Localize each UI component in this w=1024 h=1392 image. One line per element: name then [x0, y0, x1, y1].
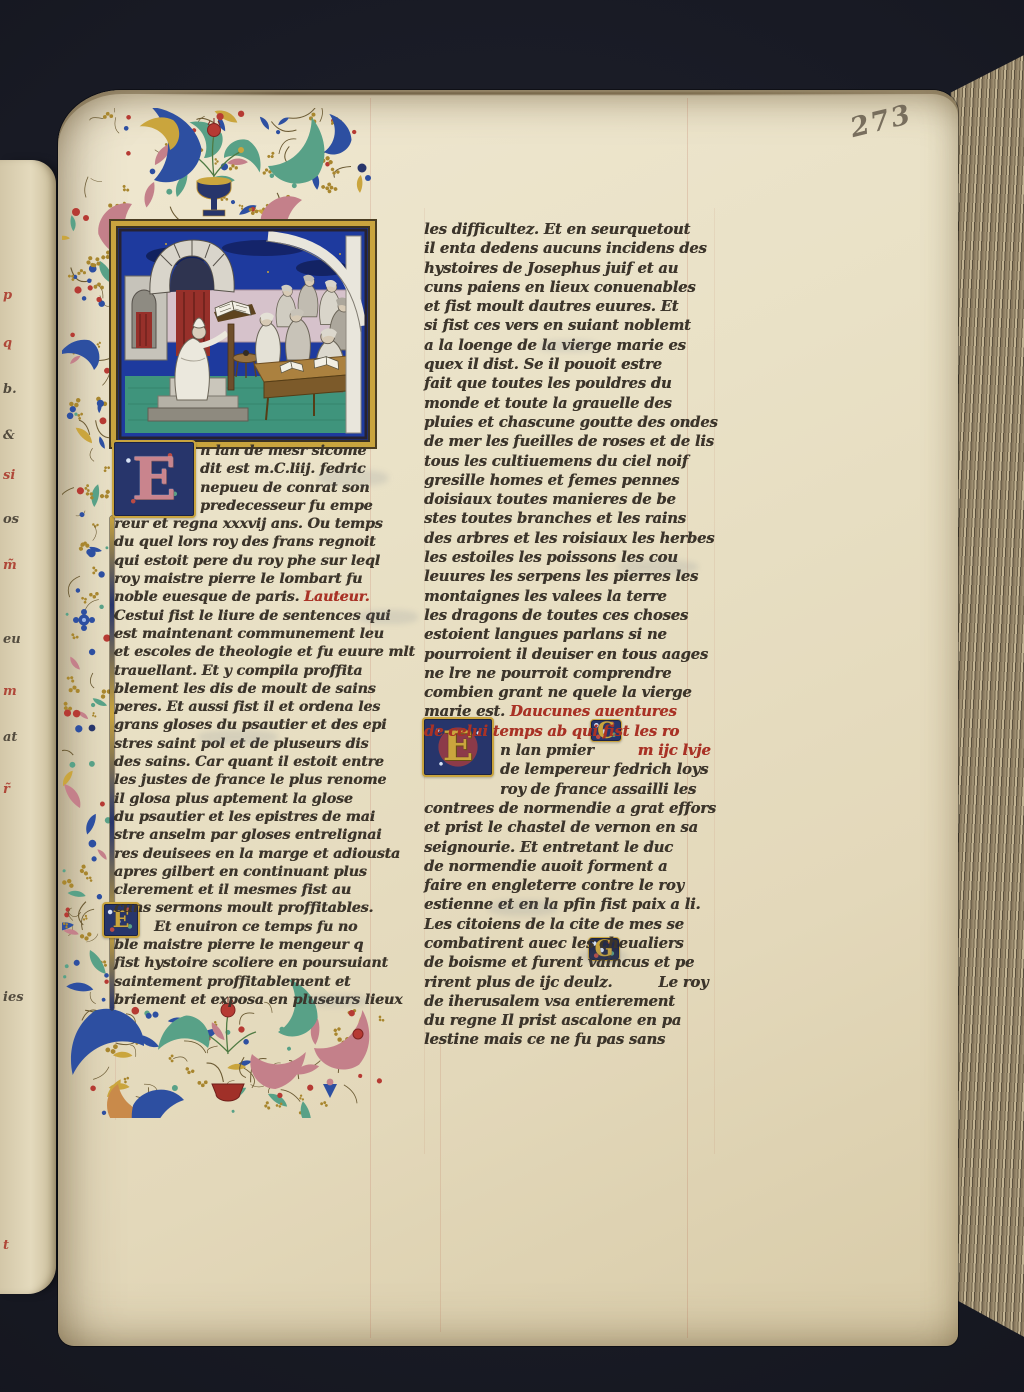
- border-sprinkle: [63, 975, 67, 979]
- body-text: combatirent auec les cheualiers: [424, 935, 683, 952]
- border-sprinkle: [104, 979, 109, 984]
- border-sprinkle: [102, 111, 113, 119]
- border-sprinkle: [319, 108, 323, 122]
- text-line: apres gilbert en continuant plus: [114, 863, 400, 881]
- border-sprinkle: [90, 673, 94, 688]
- facing-page-sliver: pqb.&siosm̃eumatr̃iest: [0, 160, 56, 1294]
- text-line: pourroient il deuiser en tous aages: [424, 645, 720, 664]
- border-sprinkle: [236, 1009, 254, 1025]
- border-sprinkle: [69, 761, 76, 768]
- miniature-teaching-scene: [116, 226, 370, 442]
- text-line: hystoires de Josephus juif et au: [424, 259, 720, 278]
- text-line: tous les cultiuemens du ciel noif: [424, 452, 720, 471]
- border-sprinkle: [184, 1067, 195, 1076]
- text-line: et fist moult dautres euures. Et: [424, 297, 720, 316]
- body-text: lestine mais ce ne fu pas sans: [424, 1031, 665, 1048]
- border-sprinkle: [98, 570, 106, 578]
- border-sprinkle: [95, 283, 105, 298]
- bleed-text-fragment: b.: [3, 382, 17, 397]
- body-text: il glosa plus aptement la glose: [114, 791, 353, 807]
- body-text: trauellant. Et y compila proffita: [114, 663, 362, 679]
- text-line: stre anselm par gloses entrelignai: [114, 826, 400, 844]
- body-text: cuns sermons moult proffitables.: [114, 900, 373, 916]
- border-sprinkle: [225, 1029, 231, 1035]
- border-sprinkle: [197, 1080, 208, 1087]
- body-text: rirent plus de ijc deulz.: [424, 974, 612, 991]
- left-text-column: n lan de mesr sicomedit est m.C.liij. fe…: [114, 442, 400, 1009]
- border-sprinkle: [63, 770, 73, 787]
- body-text: si fist ces vers en suiant noblemt: [424, 317, 691, 334]
- body-text: quex il dist. Se il pouoit estre: [424, 356, 662, 373]
- text-line: lestine mais ce ne fu pas sans: [424, 1030, 720, 1049]
- text-line: res deuisees en la marge et adiousta: [114, 845, 400, 863]
- border-sprinkle: [86, 278, 92, 284]
- text-line: de celui temps ab qui fist les ro: [424, 722, 720, 741]
- border-sprinkle: [307, 1084, 314, 1091]
- border-sprinkle: [62, 869, 65, 872]
- body-text: les dragons de toutes ces choses: [424, 607, 688, 624]
- border-sprinkle: [376, 1077, 383, 1084]
- body-text: roy maistre pierre le lombart fu: [114, 571, 362, 587]
- body-text: clerement et il mesmes fist au: [114, 882, 351, 898]
- border-sprinkle: [73, 959, 81, 967]
- border-sprinkle: [93, 282, 104, 290]
- ruling-line: [440, 1040, 441, 1332]
- body-text: reur et regna xxxvij ans. Ou temps: [114, 516, 383, 532]
- bleed-text-fragment: &: [3, 428, 15, 443]
- text-line: les difficultez. Et en seurquetout: [424, 220, 720, 239]
- bleed-text-fragment: q: [3, 336, 12, 351]
- border-sprinkle: [99, 489, 112, 501]
- text-line: stes toutes branches et les rains: [424, 509, 720, 528]
- body-text: stes toutes branches et les rains: [424, 510, 686, 527]
- border-sprinkle: [95, 849, 109, 860]
- body-text: blement les dis de moult de sains: [114, 681, 376, 697]
- border-sprinkle: [66, 674, 76, 683]
- border-sprinkle: [65, 612, 69, 616]
- border-sprinkle: [62, 232, 70, 244]
- border-sprinkle: [100, 250, 112, 262]
- border-sprinkle: [349, 219, 356, 226]
- rubric-text: de celui temps ab qui fist les ro: [424, 723, 679, 740]
- border-sprinkle: [377, 1015, 385, 1023]
- border-sprinkle: [286, 1046, 291, 1051]
- text-line: de mer les fueilles de roses et de lis: [424, 432, 720, 451]
- border-sprinkle: [86, 875, 94, 882]
- border-sprinkle: [63, 911, 70, 918]
- body-text: doisiaux toutes manieres de be: [424, 491, 676, 508]
- text-line: et prist le chastel de vernon en sa: [424, 818, 720, 837]
- border-sprinkle: [84, 484, 90, 492]
- border-sprinkle: [90, 855, 97, 862]
- text-line: faire en engleterre contre le roy: [424, 876, 720, 895]
- body-text: fait que toutes les pouldres du: [424, 375, 671, 392]
- text-line: de normendie auoit forment a: [424, 857, 720, 876]
- body-text: cuns paiens en lieux conuenables: [424, 279, 695, 296]
- border-sprinkle: [70, 332, 75, 337]
- border-sprinkle: [214, 158, 218, 165]
- border-sprinkle: [270, 122, 297, 133]
- border-sprinkle: [91, 525, 98, 541]
- border-sprinkle: [79, 512, 85, 518]
- border-sprinkle: [93, 1066, 110, 1082]
- body-text: contrees de normendie a grat effors: [424, 800, 716, 817]
- body-text: monde et toute la grauelle des: [424, 395, 672, 412]
- rubric-text: m ijc lvje: [638, 742, 711, 759]
- body-text: de lempereur fedrich loys: [500, 761, 708, 778]
- body-text: combien grant ne quele la vierge: [424, 684, 691, 701]
- text-line: trauellant. Et y compila proffita: [114, 662, 400, 680]
- body-text: ne lre ne pourroit comprendre: [424, 665, 671, 682]
- border-sprinkle: [237, 1025, 245, 1033]
- body-text: peres. Et aussi fist il et ordena les: [114, 699, 380, 715]
- text-line: reur et regna xxxvij ans. Ou temps: [114, 515, 400, 533]
- border-sprinkle: [123, 125, 129, 131]
- border-sprinkle: [78, 864, 88, 877]
- text-line: du quel lors roy des frans regnoit: [114, 533, 400, 551]
- border-sprinkle: [89, 761, 95, 767]
- body-text: il enta dedens aucuns incidens des: [424, 240, 707, 257]
- border-sprinkle: [81, 295, 87, 301]
- body-text: apres gilbert en continuant plus: [114, 864, 367, 880]
- text-line: estienne et en la pfin fist paix a li.: [424, 895, 720, 914]
- body-text: Et enuiron ce temps fu no: [154, 919, 357, 935]
- border-sprinkle: [293, 1101, 320, 1118]
- text-line: fait que toutes les pouldres du: [424, 374, 720, 393]
- border-sprinkle: [65, 215, 79, 231]
- body-text: et escoles de theologie et fu euure mlt: [114, 644, 415, 660]
- body-text: seignourie. Et entretant le duc: [424, 839, 673, 856]
- border-sprinkle: [96, 436, 109, 449]
- body-text: des arbres et les roisiaux les herbes: [424, 530, 714, 547]
- text-line: clerement et il mesmes fist au: [114, 881, 400, 899]
- bleed-text-fragment: eu: [3, 632, 21, 647]
- border-sprinkle: [113, 1047, 133, 1063]
- body-text: marie est.: [424, 703, 510, 720]
- text-line: peres. Et aussi fist il et ordena les: [114, 698, 400, 716]
- body-text: stre anselm par gloses entrelignai: [114, 827, 381, 843]
- body-text: montaignes les valees la terre: [424, 588, 667, 605]
- border-sprinkle: [98, 604, 104, 610]
- border-sprinkle: [100, 801, 106, 807]
- bleed-text-fragment: os: [3, 512, 19, 527]
- text-line: si fist ces vers en suiant noblemt: [424, 316, 720, 335]
- body-text: tous les cultiuemens du ciel noif: [424, 453, 688, 470]
- border-sprinkle: [231, 1109, 235, 1113]
- text-line: des arbres et les roisiaux les herbes: [424, 529, 720, 548]
- border-sprinkle: [89, 1084, 97, 1092]
- border-sprinkle: [89, 592, 100, 600]
- text-line: du psautier et les epistres de mai: [114, 808, 400, 826]
- body-text: les justes de france le plus renome: [114, 772, 386, 788]
- border-sprinkle: [101, 997, 106, 1002]
- body-text: n lan de mesr sicome: [200, 443, 366, 459]
- body-text: de iherusalem vsa entierement: [424, 993, 675, 1010]
- border-sprinkle: [88, 839, 96, 847]
- rubric-text: Lauteur.: [304, 589, 369, 605]
- border-sprinkle: [70, 633, 79, 641]
- body-text: noble euesque de paris.: [114, 589, 304, 605]
- bleed-text-fragment: at: [3, 730, 17, 745]
- border-sprinkle: [342, 1084, 361, 1103]
- bleed-text-fragment: r̃: [3, 782, 10, 797]
- border-sprinkle: [332, 161, 351, 180]
- border-sprinkle: [275, 129, 281, 135]
- border-sprinkle: [65, 411, 74, 420]
- border-sprinkle: [121, 184, 130, 193]
- bleed-text-fragment: p: [3, 288, 12, 303]
- body-text: les difficultez. Et en seurquetout: [424, 221, 690, 238]
- body-text: Les citoiens de la cite de mes se: [424, 916, 684, 933]
- text-line: des sains. Car quant il estoit entre: [114, 753, 400, 771]
- border-sprinkle: [126, 114, 132, 120]
- text-line: predecesseur fu empe: [114, 497, 400, 515]
- text-line: les dragons de toutes ces choses: [424, 606, 720, 625]
- text-line: du regne Il prist ascalone en pa: [424, 1011, 720, 1030]
- border-sprinkle: [67, 267, 91, 286]
- body-text: est maintenant communement leu: [114, 626, 384, 642]
- body-text: de mer les fueilles de roses et de lis: [424, 433, 714, 450]
- border-sprinkle: [88, 448, 96, 462]
- border-sprinkle: [238, 111, 244, 117]
- text-line: Et enuiron ce temps fu no: [114, 918, 400, 936]
- border-sprinkle: [77, 269, 86, 276]
- border-sprinkle: [267, 151, 277, 160]
- body-text: gresille homes et femes pennes: [424, 472, 679, 489]
- text-line: fist hystoire scoliere en poursuiant: [114, 954, 400, 972]
- border-sprinkle: [76, 411, 84, 420]
- body-text: ble maistre pierre le mengeur q: [114, 937, 363, 953]
- body-text: hystoires de Josephus juif et au: [424, 260, 678, 277]
- text-line: cuns paiens en lieux conuenables: [424, 278, 720, 297]
- border-sprinkle: [68, 685, 80, 693]
- body-text: du quel lors roy des frans regnoit: [114, 534, 375, 550]
- text-line: saintement proffitablement et: [114, 973, 400, 991]
- text-line: gresille homes et femes pennes: [424, 471, 720, 490]
- border-sprinkle: [96, 341, 101, 348]
- border-sprinkle: [85, 814, 97, 835]
- body-text: et fist moult dautres euures. Et: [424, 298, 678, 315]
- text-line: de boisme et furent vaincus et pe: [424, 953, 720, 972]
- border-sprinkle: [89, 113, 103, 124]
- text-line: contrees de normendie a grat effors: [424, 799, 720, 818]
- border-sprinkle: [90, 178, 102, 182]
- body-text: estoient langues parlans si ne: [424, 626, 667, 643]
- border-sprinkle: [149, 167, 157, 175]
- border-sprinkle: [88, 648, 97, 657]
- manuscript-page: 273: [58, 90, 958, 1346]
- body-text: estienne et en la pfin fist paix a li.: [424, 896, 700, 913]
- bleed-text-fragment: ies: [3, 990, 24, 1005]
- border-sprinkle: [81, 595, 89, 604]
- text-line: Les citoiens de la cite de mes se: [424, 915, 720, 934]
- body-text: fist hystoire scoliere en poursuiant: [114, 955, 388, 971]
- border-sprinkle: [91, 712, 97, 719]
- border-sprinkle: [320, 1100, 329, 1107]
- body-text: de normendie auoit forment a: [424, 858, 667, 875]
- border-sprinkle: [88, 992, 98, 1005]
- text-line: il glosa plus aptement la glose: [114, 790, 400, 808]
- border-sprinkle: [101, 1110, 107, 1116]
- body-text: qui estoit pere du roy phe sur leql: [114, 553, 380, 569]
- border-sprinkle: [168, 207, 191, 229]
- body-text: Le roy: [658, 974, 708, 991]
- text-line: cuns sermons moult proffitables.: [114, 899, 400, 917]
- border-sprinkle: [331, 1025, 341, 1036]
- border-sprinkle: [72, 709, 80, 717]
- text-line: combien grant ne quele la vierge: [424, 683, 720, 702]
- body-text: du regne Il prist ascalone en pa: [424, 1012, 681, 1029]
- bleed-text-fragment: si: [3, 468, 15, 483]
- body-text: des sains. Car quant il estoit entre: [114, 754, 384, 770]
- border-sprinkle: [358, 1073, 363, 1078]
- border-sprinkle: [73, 427, 95, 443]
- body-text: res deuisees en la marge et adiousta: [114, 846, 400, 862]
- text-line: noble euesque de paris. Lauteur.: [114, 588, 400, 606]
- text-line: combatirent auec les cheualiers: [424, 934, 720, 953]
- border-sprinkle: [230, 199, 235, 204]
- body-text: saintement proffitablement et: [114, 974, 350, 990]
- body-text: Cestui fist le liure de sentences qui: [114, 608, 390, 624]
- border-sprinkle: [278, 115, 289, 128]
- border-sprinkle: [76, 588, 81, 593]
- text-line: qui estoit pere du roy phe sur leql: [114, 552, 400, 570]
- text-line: de iherusalem vsa entierement: [424, 992, 720, 1011]
- rubric-text: Daucunes auentures: [510, 703, 677, 720]
- border-sprinkle: [351, 129, 356, 134]
- text-line: marie est. Daucunes auentures: [424, 702, 720, 721]
- border-sprinkle: [102, 464, 111, 472]
- border-sprinkle: [65, 907, 71, 913]
- text-line: est maintenant communement leu: [114, 625, 400, 643]
- body-text: et prist le chastel de vernon en sa: [424, 819, 698, 836]
- text-line: pluies et chascune goutte des ondes: [424, 413, 720, 432]
- bleed-text-fragment: m̃: [3, 558, 17, 573]
- border-sprinkle: [206, 1060, 228, 1082]
- border-sprinkle: [166, 189, 172, 195]
- border-sprinkle: [112, 117, 122, 133]
- border-sprinkle: [125, 150, 131, 156]
- body-text: faire en engleterre contre le roy: [424, 877, 684, 894]
- folio-number: 273: [847, 99, 915, 144]
- text-line: montaignes les valees la terre: [424, 587, 720, 606]
- border-sprinkle: [75, 486, 85, 496]
- text-line: rirent plus de ijc deulz.Le roy: [424, 973, 720, 992]
- bleed-text-fragment: t: [3, 1238, 9, 1253]
- body-text: roy de france assailli les: [500, 781, 696, 798]
- border-sprinkle: [62, 484, 74, 509]
- text-line: de lempereur fedrich loys: [424, 760, 720, 779]
- border-sprinkle: [83, 177, 91, 198]
- border-sprinkle: [64, 964, 69, 969]
- text-line: monde et toute la grauelle des: [424, 394, 720, 413]
- text-line: n lan de mesr sicome: [114, 442, 400, 460]
- text-line: ne lre ne pourroit comprendre: [424, 664, 720, 683]
- border-sprinkle: [67, 657, 83, 670]
- border-sprinkle: [169, 1055, 174, 1063]
- border-sprinkle: [79, 932, 92, 942]
- border-sprinkle: [172, 1085, 178, 1091]
- border-sprinkle: [62, 877, 76, 889]
- border-sprinkle: [74, 412, 78, 416]
- border-sprinkle: [122, 1075, 129, 1083]
- text-line: estoient langues parlans si ne: [424, 625, 720, 644]
- text-line: n lan pmierm ijc lvje: [424, 741, 720, 760]
- body-text: pluies et chascune goutte des ondes: [424, 414, 718, 431]
- border-sprinkle: [110, 108, 116, 113]
- border-sprinkle: [70, 353, 81, 366]
- border-sprinkle: [92, 566, 97, 574]
- text-line: quex il dist. Se il pouoit estre: [424, 355, 720, 374]
- body-text: predecesseur fu empe: [200, 498, 372, 514]
- border-sprinkle: [105, 546, 108, 549]
- text-line: les justes de france le plus renome: [114, 771, 400, 789]
- body-text: n lan pmier: [500, 742, 594, 759]
- text-line: doisiaux toutes manieres de be: [424, 490, 720, 509]
- border-sprinkle: [65, 574, 80, 598]
- text-line: ble maistre pierre le mengeur q: [114, 936, 400, 954]
- border-sprinkle: [87, 285, 93, 291]
- text-line: il enta dedens aucuns incidens des: [424, 239, 720, 258]
- border-sprinkle: [142, 182, 159, 208]
- border-sprinkle: [99, 417, 106, 424]
- border-sprinkle: [67, 888, 85, 901]
- border-sprinkle: [151, 1010, 159, 1018]
- border-sprinkle: [74, 724, 83, 733]
- border-sprinkle: [62, 916, 74, 939]
- body-text: de boisme et furent vaincus et pe: [424, 954, 694, 971]
- text-line: seignourie. Et entretant le duc: [424, 838, 720, 857]
- border-sprinkle: [243, 1039, 249, 1045]
- photo-background: pqb.&siosm̃eumatr̃iest 273: [0, 0, 1024, 1392]
- border-sprinkle: [90, 702, 95, 707]
- text-line: et escoles de theologie et fu euure mlt: [114, 643, 400, 661]
- border-sprinkle: [66, 977, 93, 997]
- text-line: roy maistre pierre le lombart fu: [114, 570, 400, 588]
- bleed-text-fragment: m: [3, 684, 17, 699]
- text-line: roy de france assailli les: [424, 780, 720, 799]
- border-sprinkle: [263, 1101, 270, 1111]
- border-sprinkle: [96, 893, 104, 901]
- border-sprinkle: [62, 748, 74, 760]
- border-sprinkle: [173, 1054, 188, 1065]
- border-sprinkle: [256, 116, 272, 129]
- text-line: blement les dis de moult de sains: [114, 680, 400, 698]
- body-text: pourroient il deuiser en tous aages: [424, 646, 708, 663]
- body-text: du psautier et les epistres de mai: [114, 809, 375, 825]
